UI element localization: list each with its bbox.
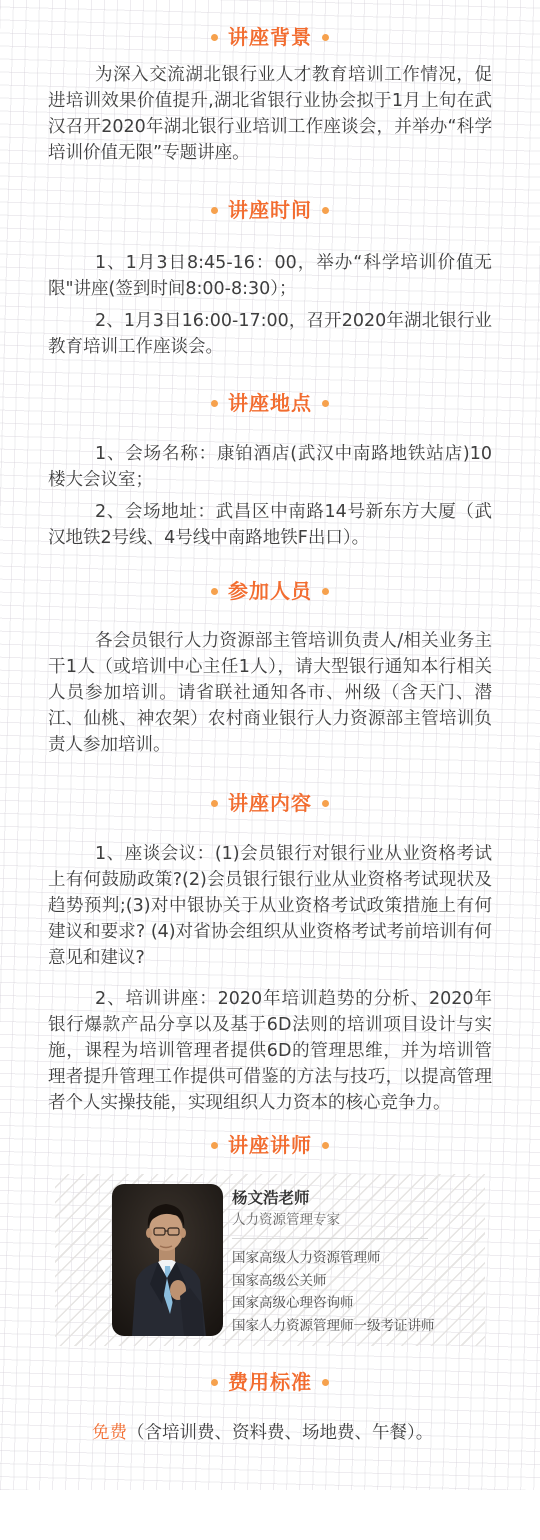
section-title-text: 讲座讲师 xyxy=(228,1133,312,1157)
section-title-text: 讲座地点 xyxy=(228,391,312,415)
fee-line: 免费（含培训费、资料费、场地费、午餐）。 xyxy=(48,1420,492,1446)
credential-item: 国家高级心理咨询师 xyxy=(232,1292,442,1315)
section-heading-fee: 费用标准 xyxy=(48,1370,492,1394)
page-footer-space xyxy=(0,1490,540,1540)
location-item: 1、会场名称：康铂酒店(武汉中南路地铁站店)10楼大会议室； xyxy=(48,441,492,493)
heading-dot-icon xyxy=(211,1379,218,1386)
article-content: 讲座背景 为深入交流湖北银行业人才教育培训工作情况，促进培训效果价值提升,湖北省… xyxy=(0,25,540,1446)
lecturer-card: 杨文浩老师 人力资源管理专家 国家高级人力资源管理师 国家高级公关师 国家高级心… xyxy=(55,1174,485,1346)
section-title-text: 讲座内容 xyxy=(228,791,312,815)
section-title-text: 参加人员 xyxy=(228,579,312,603)
heading-dot-icon xyxy=(322,207,329,214)
article-page: 讲座背景 为深入交流湖北银行业人才教育培训工作情况，促进培训效果价值提升,湖北省… xyxy=(0,0,540,1540)
section-heading-participants: 参加人员 xyxy=(48,579,492,603)
credential-item: 国家高级公关师 xyxy=(232,1270,442,1293)
section-title-text: 费用标准 xyxy=(228,1370,312,1394)
section-heading-location: 讲座地点 xyxy=(48,391,492,415)
heading-dot-icon xyxy=(211,400,218,407)
credential-item: 国家人力资源管理师一级考证讲师 xyxy=(232,1315,442,1338)
heading-dot-icon xyxy=(322,400,329,407)
lecturer-role: 人力资源管理专家 xyxy=(232,1211,442,1230)
heading-dot-icon xyxy=(322,588,329,595)
section-heading-content: 讲座内容 xyxy=(48,791,492,815)
content-item: 2、培训讲座：2020年培训趋势的分析、2020年银行爆款产品分享以及基于6D法… xyxy=(48,986,492,1116)
background-paragraph: 为深入交流湖北银行业人才教育培训工作情况，促进培训效果价值提升,湖北省银行业协会… xyxy=(48,62,492,166)
time-item: 1、1月3日8:45-16：00，举办“科学培训价值无限"讲座(签到时间8:00… xyxy=(48,250,492,302)
fee-detail: （含培训费、资料费、场地费、午餐）。 xyxy=(127,1423,433,1443)
section-heading-time: 讲座时间 xyxy=(48,198,492,222)
heading-dot-icon xyxy=(211,34,218,41)
heading-dot-icon xyxy=(211,588,218,595)
heading-dot-icon xyxy=(211,207,218,214)
participants-paragraph: 各会员银行人力资源部主管培训负责人/相关业务主干1人（或培训中心主任1人），请大… xyxy=(48,628,492,758)
lecturer-info: 杨文浩老师 人力资源管理专家 国家高级人力资源管理师 国家高级公关师 国家高级心… xyxy=(232,1188,442,1337)
fee-highlight: 免费 xyxy=(92,1423,127,1443)
section-title-text: 讲座时间 xyxy=(228,198,312,222)
lecturer-portrait xyxy=(112,1184,223,1336)
lecturer-credentials: 国家高级人力资源管理师 国家高级公关师 国家高级心理咨询师 国家人力资源管理师一… xyxy=(232,1247,442,1337)
heading-dot-icon xyxy=(322,800,329,807)
heading-dot-icon xyxy=(322,1142,329,1149)
section-heading-lecturer: 讲座讲师 xyxy=(48,1133,492,1157)
section-heading-background: 讲座背景 xyxy=(48,25,492,49)
section-title-text: 讲座背景 xyxy=(228,25,312,49)
content-item: 1、座谈会议：(1)会员银行对银行业从业资格考试上有何鼓励政策?(2)会员银行银… xyxy=(48,841,492,971)
heading-dot-icon xyxy=(211,1142,218,1149)
heading-dot-icon xyxy=(322,34,329,41)
heading-dot-icon xyxy=(211,800,218,807)
time-item: 2、1月3日16:00-17:00，召开2020年湖北银行业教育培训工作座谈会。 xyxy=(48,308,492,360)
credential-item: 国家高级人力资源管理师 xyxy=(232,1247,442,1270)
location-item: 2、会场地址：武昌区中南路14号新东方大厦（武汉地铁2号线、4号线中南路地铁F出… xyxy=(48,499,492,551)
heading-dot-icon xyxy=(322,1379,329,1386)
divider xyxy=(232,1238,428,1239)
lecturer-name: 杨文浩老师 xyxy=(232,1188,442,1208)
